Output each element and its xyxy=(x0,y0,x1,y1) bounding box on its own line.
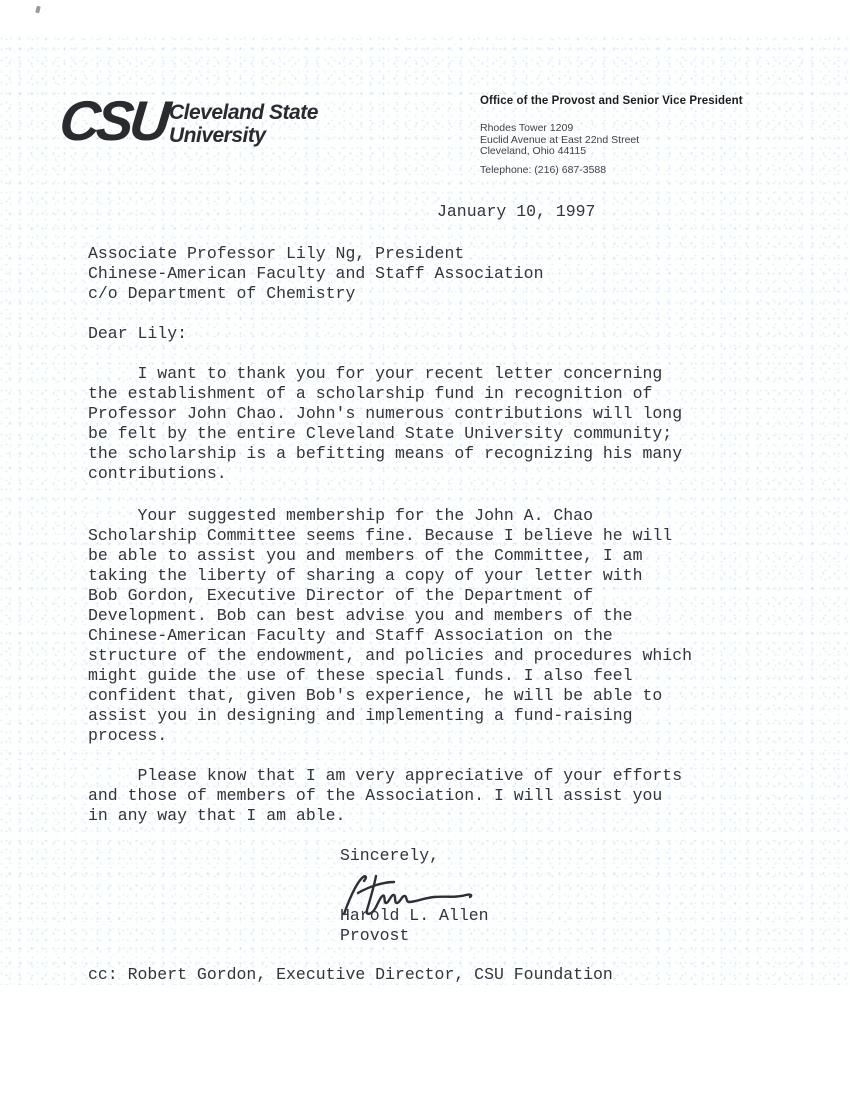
csu-logo: CSU xyxy=(57,95,169,147)
university-name: Cleveland State University xyxy=(169,101,318,147)
letter-date: January 10, 1997 xyxy=(437,202,595,222)
scanned-letter-page: CSU Cleveland State University Office of… xyxy=(0,0,850,1100)
scanned-paper: CSU Cleveland State University Office of… xyxy=(0,35,850,985)
signature-name: Harold L. Allen xyxy=(340,906,489,926)
recipient-address: Associate Professor Lily Ng, President C… xyxy=(88,244,543,304)
cc-line: cc: Robert Gordon, Executive Director, C… xyxy=(88,965,613,985)
body-paragraph-2: Your suggested membership for the John A… xyxy=(88,506,692,746)
office-address-block: Office of the Provost and Senior Vice Pr… xyxy=(480,95,743,176)
body-paragraph-1: I want to thank you for your recent lett… xyxy=(88,364,682,484)
office-address: Rhodes Tower 1209 Euclid Avenue at East … xyxy=(480,123,743,158)
closing-sincerely: Sincerely, xyxy=(340,846,439,866)
office-title: Office of the Provost and Senior Vice Pr… xyxy=(480,95,743,107)
body-paragraph-3: Please know that I am very appreciative … xyxy=(88,766,682,826)
office-telephone: Telephone: (216) 687-3588 xyxy=(480,164,743,176)
signature-title: Provost xyxy=(340,926,409,946)
scan-speck-artifact xyxy=(35,6,41,14)
salutation: Dear Lily: xyxy=(88,324,187,344)
